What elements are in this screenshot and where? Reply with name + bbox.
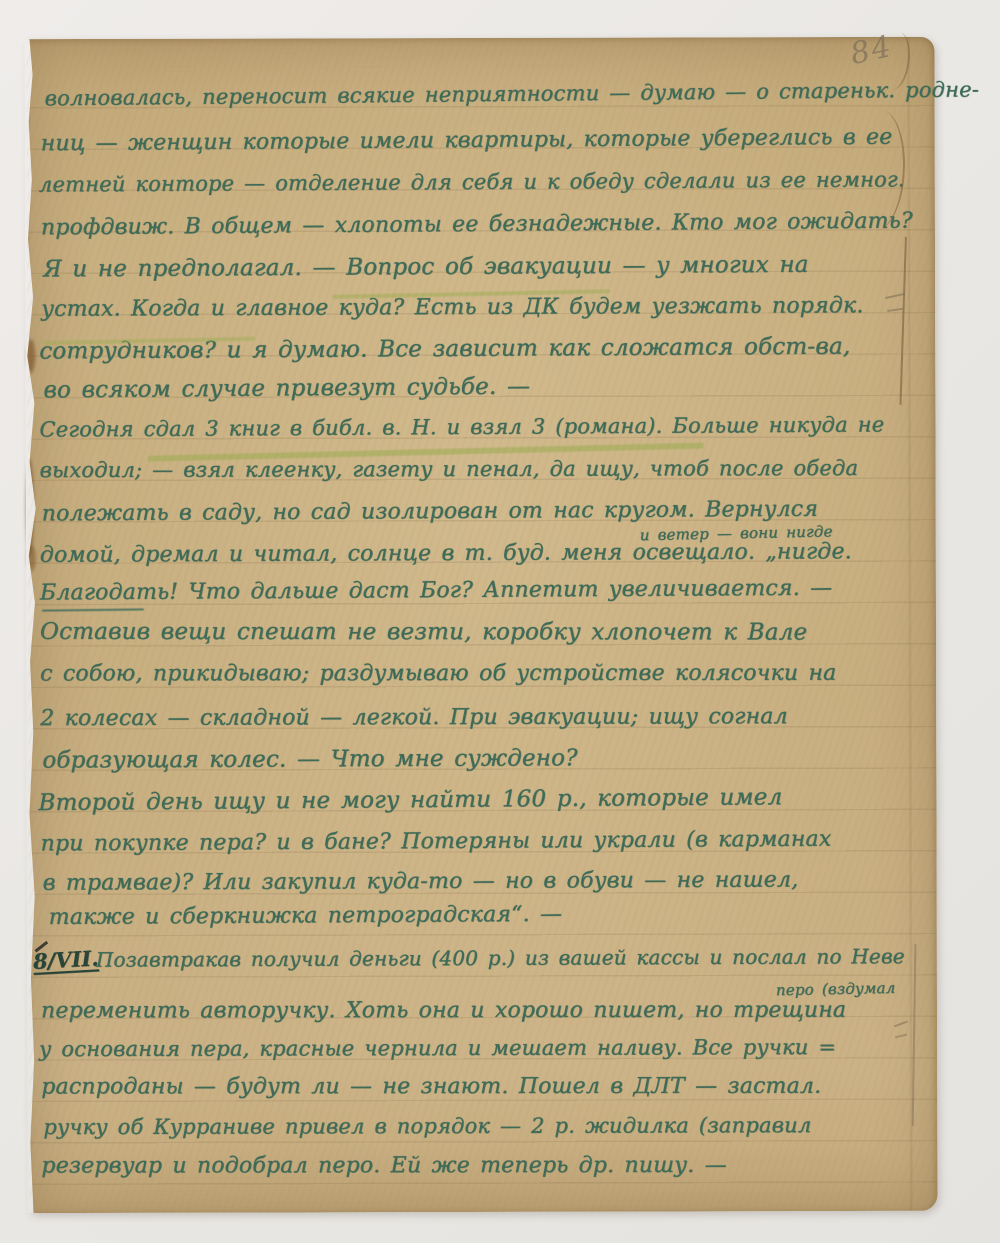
pencil-mark	[887, 308, 903, 312]
handwritten-line: при покупке пера? и в бане? Потеряны или…	[41, 829, 832, 856]
handwritten-line: Сегодня сдал 3 книг в библ. в. Н. и взял…	[39, 414, 884, 440]
handwritten-line: профдвиж. В общем — хлопоты ее безнадежн…	[41, 211, 913, 240]
handwritten-line: устах. Когда и главное куда? Есть из ДК …	[41, 295, 863, 321]
handwritten-line: переменить авторучку. Хоть она и хорошо …	[41, 1000, 846, 1023]
handwritten-line: Второй день ищу и не могу найти 160 р., …	[38, 786, 782, 815]
handwritten-line: ниц — женщин которые имели квартиры, кот…	[41, 127, 893, 156]
handwritten-line: во всяком случае привезут судьбе. —	[43, 376, 530, 403]
pencil-mark	[876, 110, 908, 231]
handwritten-line: распроданы — будут ли — не знают. Пошел …	[41, 1076, 821, 1099]
handwritten-line: Я и не предполагал. — Вопрос об эвакуаци…	[43, 254, 809, 282]
green-underline-mark	[42, 608, 144, 611]
handwritten-line: у основания пера, красные чернила и меша…	[39, 1037, 836, 1060]
manuscript-page: волновалась, переносит всякие неприятнос…	[26, 37, 937, 1213]
green-underline-mark	[332, 289, 610, 299]
handwritten-line: ручку об Курраниве привел в порядок — 2 …	[43, 1115, 811, 1138]
handwritten-line: Оставив вещи спешат не везти, коробку хл…	[40, 621, 807, 645]
paper-crease	[906, 37, 913, 1211]
torn-edge-stain	[27, 545, 36, 571]
handwritten-line: также и сберкнижка петроградская“. —	[49, 904, 563, 929]
green-underline-mark	[43, 337, 255, 345]
handwritten-line: выходил; — взял клеенку, газету и пенал,…	[40, 458, 859, 481]
pencil-mark	[885, 293, 905, 299]
handwritten-line: резервуар и подобрал перо. Ей же теперь …	[41, 1155, 726, 1178]
margin-date: 8/VII.	[32, 945, 99, 974]
green-underline-mark	[148, 443, 704, 462]
pencil-mark	[899, 237, 906, 405]
handwritten-line: и ветер — вони нигде	[640, 524, 833, 543]
handwriting-layer: волновалась, переносит всякие неприятнос…	[26, 37, 937, 1213]
page-number: 84	[847, 29, 896, 72]
handwritten-line: в трамвае)? Или закупил куда-то — но в о…	[43, 870, 799, 895]
pencil-mark	[894, 1021, 908, 1028]
handwritten-line: летней конторе — отделение для себя и к …	[39, 169, 905, 195]
handwritten-line: домой, дремал и читал, солнце в т. буд. …	[40, 541, 852, 567]
annotation-layer	[26, 37, 937, 1213]
handwritten-line: Позавтракав получил деньги (400 р.) из в…	[96, 946, 905, 970]
torn-edge-stain	[26, 459, 34, 555]
handwritten-line: полежать в саду, но сад изолирован от на…	[42, 499, 818, 526]
handwritten-line: с собою, прикидываю; раздумываю об устро…	[40, 663, 836, 686]
pencil-mark	[895, 1033, 907, 1038]
handwritten-line: перо (вздумал	[776, 981, 896, 998]
scan-background: волновалась, переносит всякие неприятнос…	[0, 0, 1000, 1243]
handwritten-line: образующая колес. — Что мне суждено?	[42, 747, 577, 772]
torn-left-edge	[24, 39, 39, 1213]
torn-edge-stain	[26, 339, 35, 373]
handwritten-line: 2 колесах — складной — легкой. При эваку…	[40, 706, 788, 730]
handwritten-line: сотрудников? и я думаю. Все зависит как …	[39, 336, 850, 364]
handwritten-line: Благодать! Что дальше даст Бог? Аппетит …	[40, 578, 832, 605]
pencil-mark	[912, 944, 917, 1126]
handwritten-line: волновалась, переносит всякие неприятнос…	[45, 79, 980, 109]
ruled-lines	[27, 65, 938, 1213]
